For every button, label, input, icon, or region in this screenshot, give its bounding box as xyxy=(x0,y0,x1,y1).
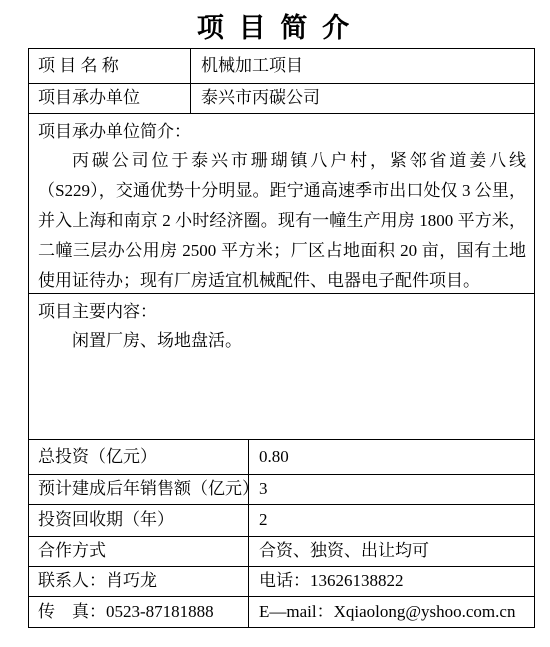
organizer-value: 泰兴市丙碳公司 xyxy=(191,84,534,113)
fax-label: 传 真：0523-87181888 xyxy=(29,597,249,627)
contact-person-label: 联系人：肖巧龙 xyxy=(29,567,249,596)
payback-period-label: 投资回收期（年） xyxy=(29,505,249,536)
main-content-heading: 项目主要内容： xyxy=(38,297,526,326)
cooperation-mode-label: 合作方式 xyxy=(29,537,249,566)
organizer-label: 项目承办单位 xyxy=(29,84,191,113)
table-row-total-investment: 总投资（亿元） 0.80 xyxy=(29,439,534,474)
cooperation-mode-value: 合资、独资、出让均可 xyxy=(249,537,534,566)
project-name-label: 项 目 名 称 xyxy=(29,49,191,83)
table-row-fax-email: 传 真：0523-87181888 E—mail：Xqiaolong@yshoo… xyxy=(29,596,534,627)
total-investment-value: 0.80 xyxy=(249,440,534,474)
table-row-cooperation-mode: 合作方式 合资、独资、出让均可 xyxy=(29,536,534,566)
table-row-payback-period: 投资回收期（年） 2 xyxy=(29,504,534,536)
table-row-main-content: 项目主要内容： 闲置厂房、场地盘活。 xyxy=(29,293,534,439)
project-summary-table: 项 目 名 称 机械加工项目 项目承办单位 泰兴市丙碳公司 项目承办单位简介： … xyxy=(28,48,535,628)
table-row-contact-person: 联系人：肖巧龙 电话：13626138822 xyxy=(29,566,534,596)
total-investment-label: 总投资（亿元） xyxy=(29,440,249,474)
table-row-organizer-intro: 项目承办单位简介： 丙碳公司位于泰兴市珊瑚镇八户村，紧邻省道姜八线（S229），… xyxy=(29,113,534,293)
main-content-paragraph: 闲置厂房、场地盘活。 xyxy=(38,326,526,356)
document-title: 项 目 简 介 xyxy=(0,6,550,45)
organizer-intro-heading: 项目承办单位简介： xyxy=(38,117,526,146)
organizer-intro-paragraph: 丙碳公司位于泰兴市珊瑚镇八户村，紧邻省道姜八线（S229），交通优势十分明显。距… xyxy=(38,146,526,296)
project-name-value: 机械加工项目 xyxy=(191,49,534,83)
table-row-annual-sales: 预计建成后年销售额（亿元） 3 xyxy=(29,474,534,504)
table-row-project-name: 项 目 名 称 机械加工项目 xyxy=(29,49,534,83)
table-row-organizer: 项目承办单位 泰兴市丙碳公司 xyxy=(29,83,534,113)
contact-phone-value: 电话：13626138822 xyxy=(249,567,534,596)
document-page: 项 目 简 介 项 目 名 称 机械加工项目 项目承办单位 泰兴市丙碳公司 项目… xyxy=(0,0,550,647)
annual-sales-value: 3 xyxy=(249,475,534,504)
payback-period-value: 2 xyxy=(249,505,534,536)
email-value: E—mail：Xqiaolong@yshoo.com.cn xyxy=(249,597,534,627)
annual-sales-label: 预计建成后年销售额（亿元） xyxy=(29,475,249,504)
